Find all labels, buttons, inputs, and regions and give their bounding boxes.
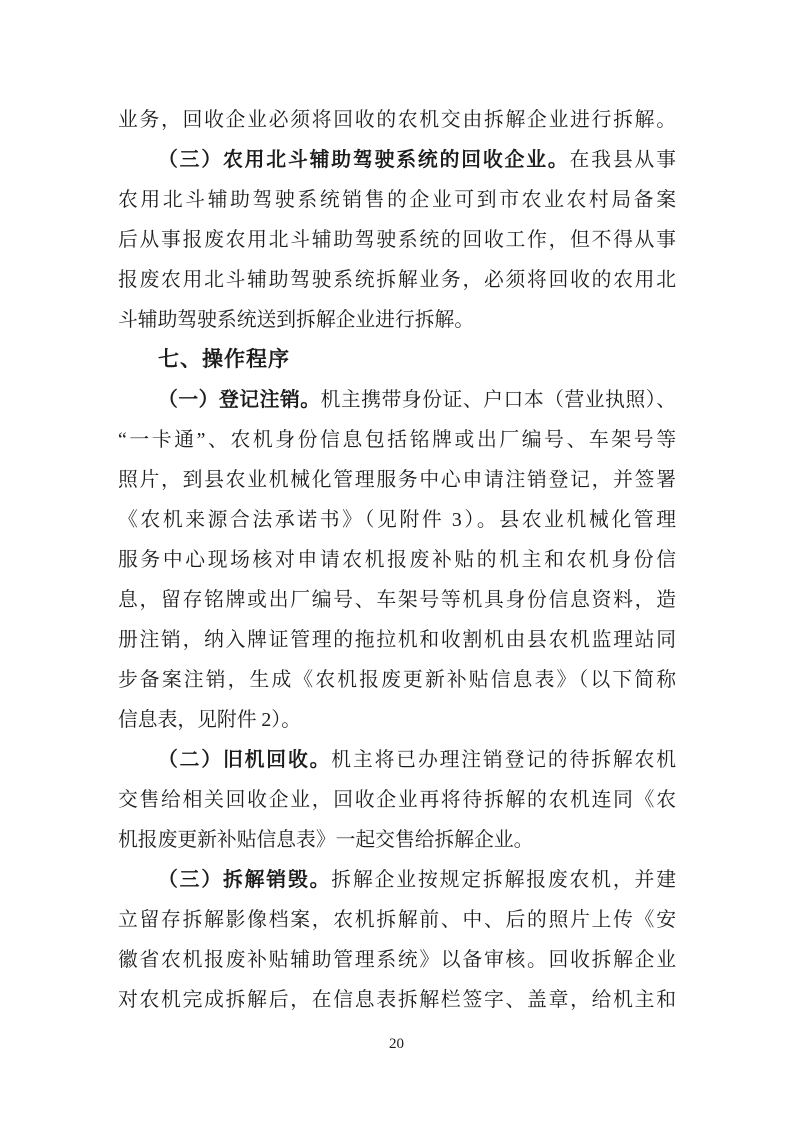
text-run: 册注销，纳入牌证管理的拖拉机和收割机由县农机监理站同 bbox=[118, 629, 676, 651]
bold-run: （三）拆解销毁。 bbox=[158, 869, 331, 891]
para-register-line-9: 信息表，见附件 2）。 bbox=[118, 700, 676, 740]
body-line-1: 业务，回收企业必须将回收的农机交由拆解企业进行拆解。 bbox=[118, 100, 676, 140]
para-dismantle-line-1: （三）拆解销毁。拆解企业按规定拆解报废农机，并建 bbox=[118, 860, 676, 900]
bold-run: （一）登记注销。 bbox=[158, 389, 321, 411]
section-heading: 七、操作程序 bbox=[118, 340, 676, 380]
text-run: 服务中心现场核对申请农机报废补贴的机主和农机身份信 bbox=[118, 549, 676, 571]
text-run: 徽省农机报废补贴辅助管理系统》以备审核。回收拆解企业 bbox=[118, 949, 676, 971]
text-block: 业务，回收企业必须将回收的农机交由拆解企业进行拆解。（三）农用北斗辅助驾驶系统的… bbox=[118, 100, 676, 1020]
text-run: 后从事报废农用北斗辅助驾驶系统的回收工作，但不得从事 bbox=[118, 229, 676, 251]
para-register-line-3: 照片，到县农业机械化管理服务中心申请注销登记，并签署 bbox=[118, 460, 676, 500]
para-register-line-1: （一）登记注销。机主携带身份证、户口本（营业执照）、 bbox=[118, 380, 676, 420]
para-recycler-line-3: 后从事报废农用北斗辅助驾驶系统的回收工作，但不得从事 bbox=[118, 220, 676, 260]
text-run: 报废农用北斗辅助驾驶系统拆解业务，必须将回收的农用北 bbox=[118, 269, 676, 291]
bold-run: （三）农用北斗辅助驾驶系统的回收企业。 bbox=[158, 149, 570, 171]
para-recycle-line-3: 机报废更新补贴信息表》一起交售给拆解企业。 bbox=[118, 820, 676, 860]
page-number: 20 bbox=[0, 1036, 793, 1053]
para-dismantle-line-4: 对农机完成拆解后，在信息表拆解栏签字、盖章，给机主和 bbox=[118, 980, 676, 1020]
text-run: 业务，回收企业必须将回收的农机交由拆解企业进行拆解。 bbox=[118, 109, 676, 131]
text-run: 信息表，见附件 2）。 bbox=[118, 709, 301, 731]
text-run: 机报废更新补贴信息表》一起交售给拆解企业。 bbox=[118, 829, 533, 851]
text-run: 对农机完成拆解后，在信息表拆解栏签字、盖章，给机主和 bbox=[118, 989, 676, 1011]
text-run: 《农机来源合法承诺书》（见附件 3）。县农业机械化管理 bbox=[118, 509, 676, 531]
para-recycler-line-5: 斗辅助驾驶系统送到拆解企业进行拆解。 bbox=[118, 300, 676, 340]
para-register-line-6: 息，留存铭牌或出厂编号、车架号等机具身份信息资料，造 bbox=[118, 580, 676, 620]
para-recycler-line-1: （三）农用北斗辅助驾驶系统的回收企业。在我县从事 bbox=[118, 140, 676, 180]
para-dismantle-line-3: 徽省农机报废补贴辅助管理系统》以备审核。回收拆解企业 bbox=[118, 940, 676, 980]
para-recycler-line-4: 报废农用北斗辅助驾驶系统拆解业务，必须将回收的农用北 bbox=[118, 260, 676, 300]
text-run: 立留存拆解影像档案，农机拆解前、中、后的照片上传《安 bbox=[118, 909, 676, 931]
para-recycler-line-2: 农用北斗辅助驾驶系统销售的企业可到市农业农村局备案 bbox=[118, 180, 676, 220]
para-register-line-2: “一卡通”、农机身份信息包括铭牌或出厂编号、车架号等 bbox=[118, 420, 676, 460]
document-page: 业务，回收企业必须将回收的农机交由拆解企业进行拆解。（三）农用北斗辅助驾驶系统的… bbox=[0, 0, 793, 1122]
para-register-line-4: 《农机来源合法承诺书》（见附件 3）。县农业机械化管理 bbox=[118, 500, 676, 540]
text-run: 在我县从事 bbox=[570, 149, 676, 171]
text-run: 斗辅助驾驶系统送到拆解企业进行拆解。 bbox=[118, 309, 474, 331]
text-run: 机主携带身份证、户口本（营业执照）、 bbox=[321, 389, 676, 411]
para-register-line-7: 册注销，纳入牌证管理的拖拉机和收割机由县农机监理站同 bbox=[118, 620, 676, 660]
text-run: 息，留存铭牌或出厂编号、车架号等机具身份信息资料，造 bbox=[118, 589, 676, 611]
para-register-line-5: 服务中心现场核对申请农机报废补贴的机主和农机身份信 bbox=[118, 540, 676, 580]
text-run: 照片，到县农业机械化管理服务中心申请注销登记，并签署 bbox=[118, 469, 676, 491]
text-run: “一卡通”、农机身份信息包括铭牌或出厂编号、车架号等 bbox=[118, 429, 676, 451]
para-recycle-line-1: （二）旧机回收。机主将已办理注销登记的待拆解农机 bbox=[118, 740, 676, 780]
text-run: 步备案注销，生成《农机报废更新补贴信息表》（以下简称 bbox=[118, 669, 676, 691]
para-recycle-line-2: 交售给相关回收企业，回收企业再将待拆解的农机连同《农 bbox=[118, 780, 676, 820]
text-run: 农用北斗辅助驾驶系统销售的企业可到市农业农村局备案 bbox=[118, 189, 676, 211]
bold-run: 七、操作程序 bbox=[158, 348, 290, 371]
bold-run: （二）旧机回收。 bbox=[158, 749, 331, 771]
text-run: 机主将已办理注销登记的待拆解农机 bbox=[331, 749, 676, 771]
para-dismantle-line-2: 立留存拆解影像档案，农机拆解前、中、后的照片上传《安 bbox=[118, 900, 676, 940]
para-register-line-8: 步备案注销，生成《农机报废更新补贴信息表》（以下简称 bbox=[118, 660, 676, 700]
text-run: 交售给相关回收企业，回收企业再将待拆解的农机连同《农 bbox=[118, 789, 676, 811]
text-run: 拆解企业按规定拆解报废农机，并建 bbox=[331, 869, 676, 891]
